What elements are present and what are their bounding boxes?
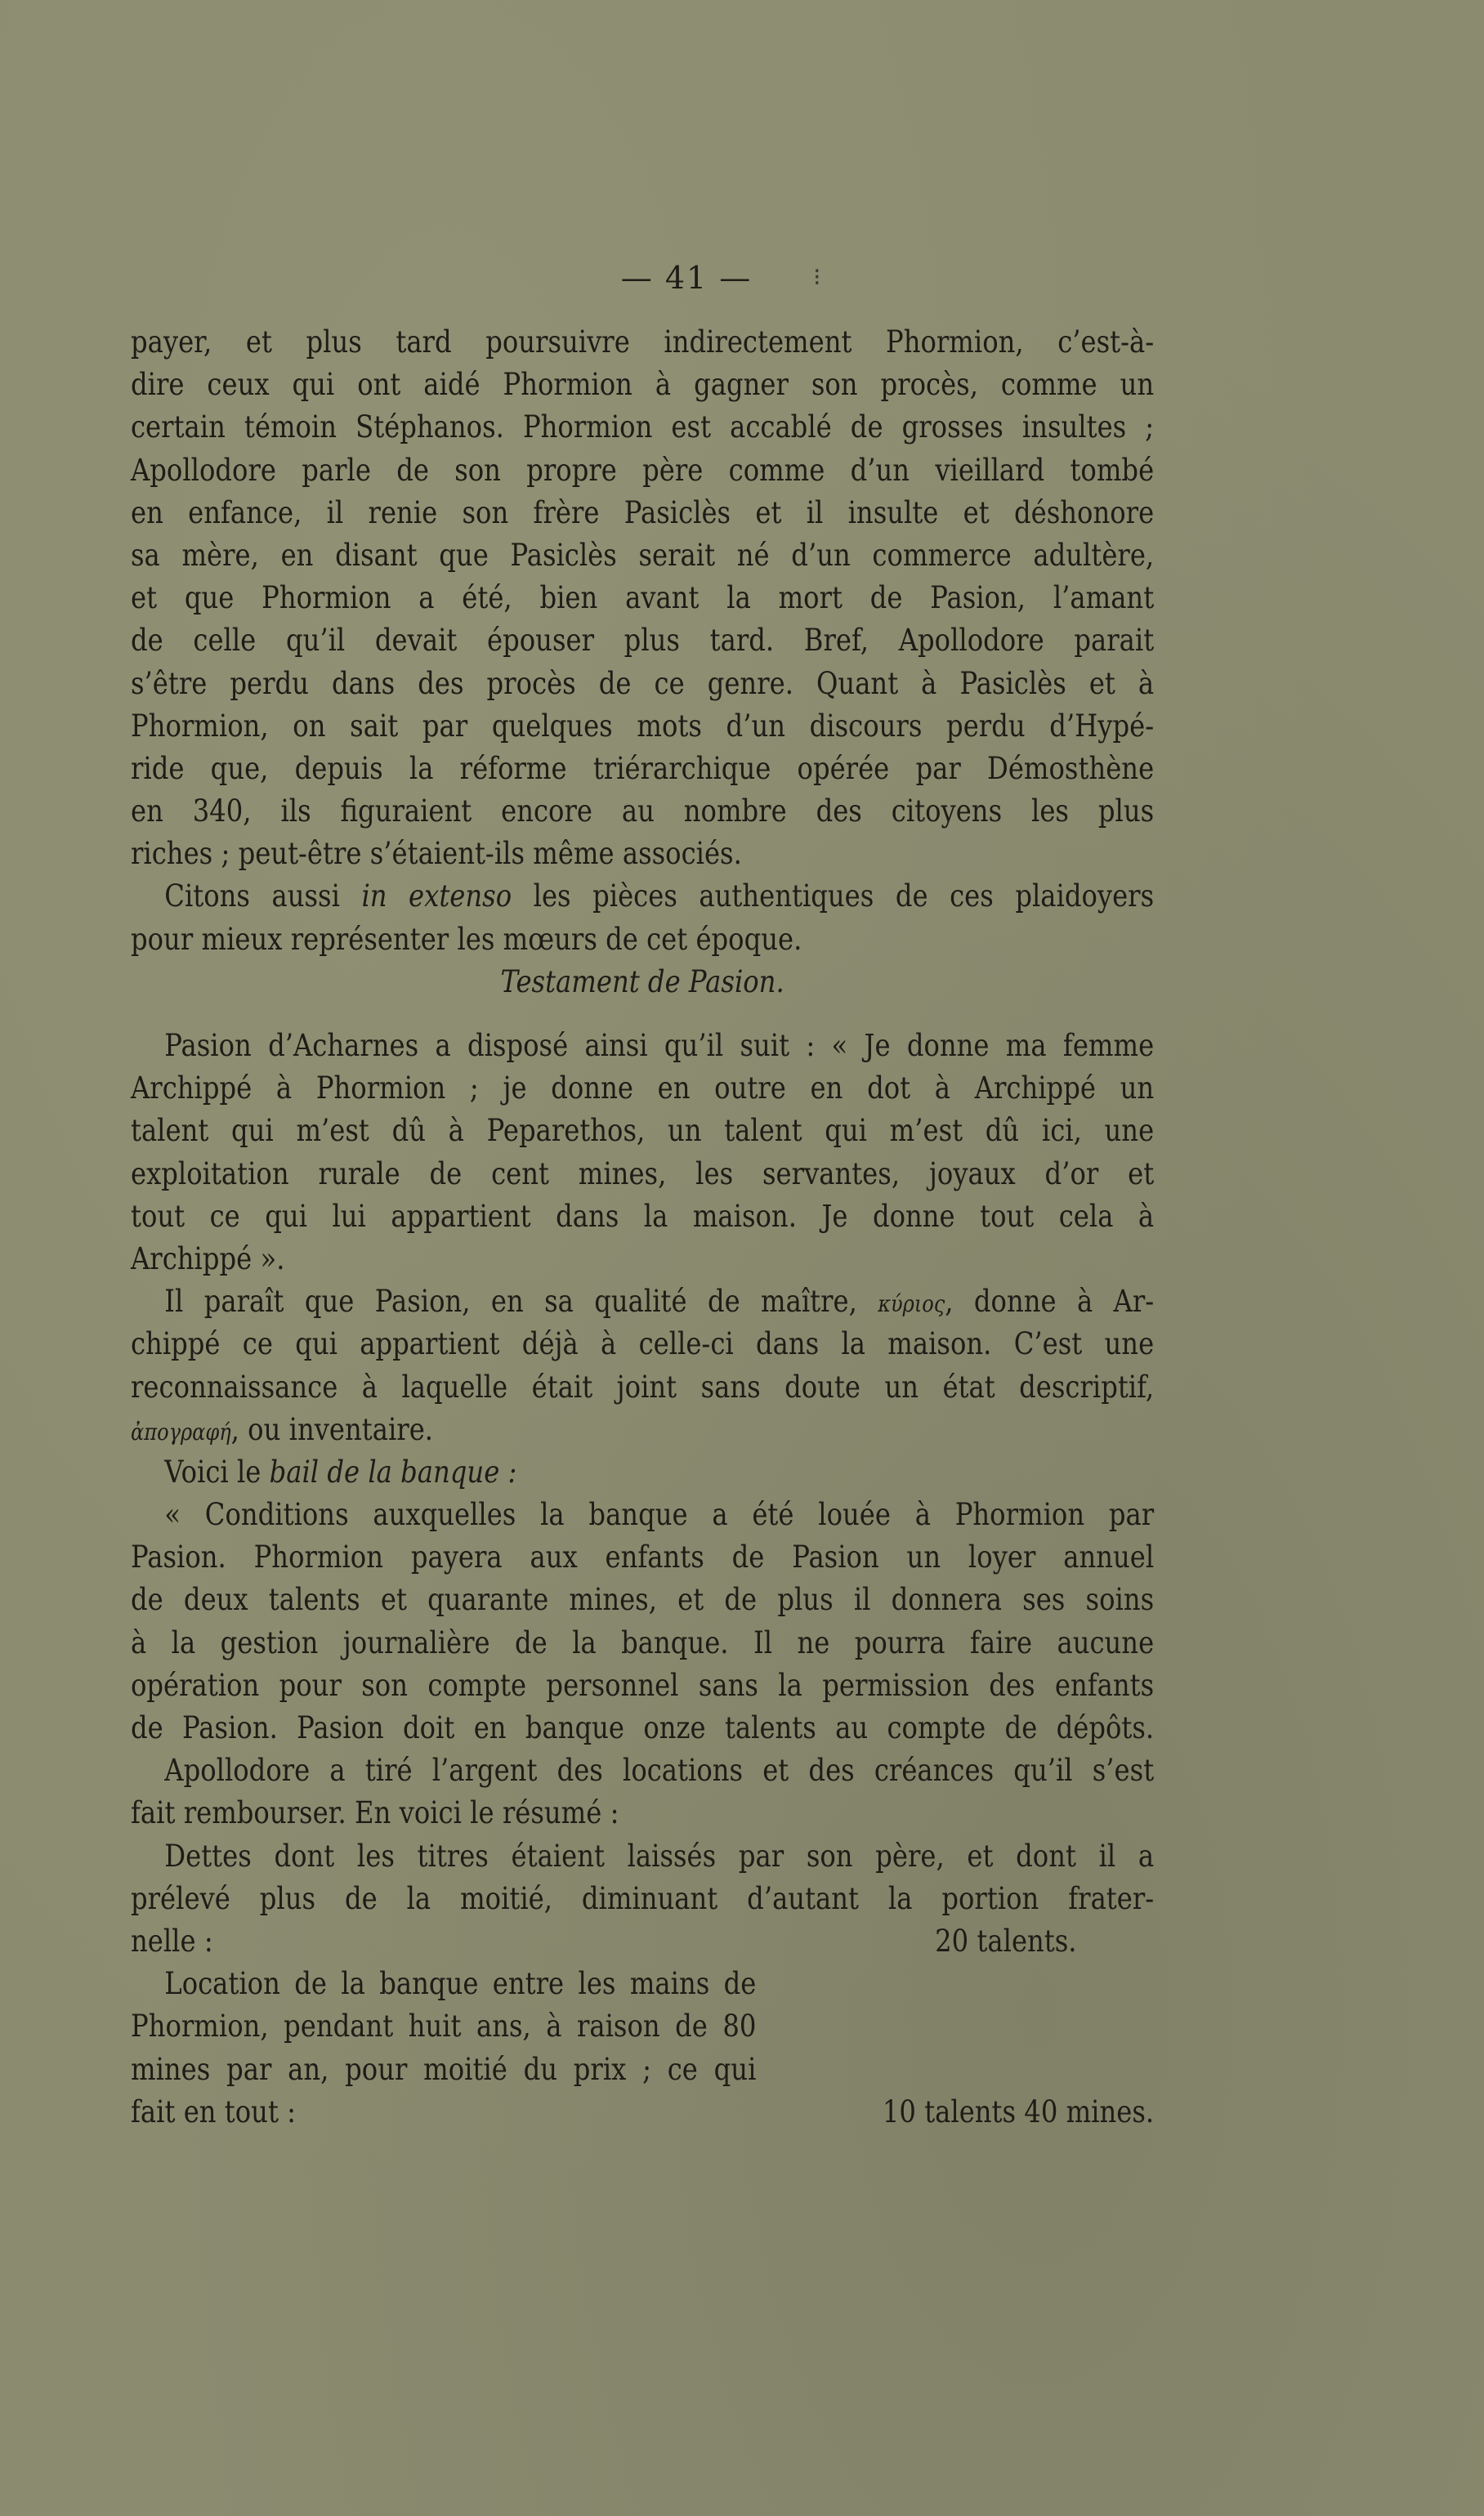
greek-word: κύριος bbox=[878, 1290, 945, 1317]
text-line: à la gestion journalière de la banque. I… bbox=[131, 1621, 1154, 1664]
text-run: les pièces authentiques de ces plaidoyer… bbox=[512, 878, 1154, 914]
text-line: Pasion d’Acharnes a disposé ainsi qu’il … bbox=[131, 1024, 1154, 1066]
ledger-label: nelle : bbox=[131, 1919, 213, 1962]
text-run: , ou inventaire. bbox=[231, 1411, 433, 1447]
margin-mark-icon: ⁝ bbox=[813, 263, 821, 292]
text-line: Apollodore parle de son propre père comm… bbox=[131, 449, 1154, 491]
text-line: Pasion. Phormion payera aux enfants de P… bbox=[131, 1535, 1154, 1578]
text-line: Archippé à Phormion ; je donne en outre … bbox=[131, 1066, 1154, 1109]
italic-phrase: in extenso bbox=[361, 878, 512, 914]
text-line: Dettes dont les titres étaient laissés p… bbox=[131, 1834, 1154, 1877]
text-line: en enfance, il renie son frère Pasiclès … bbox=[131, 491, 1154, 534]
text-line: et que Phormion a été, bien avant la mor… bbox=[131, 576, 1154, 619]
text-line: mines par an, pour moitié du prix ; ce q… bbox=[131, 2048, 756, 2090]
text-line: tout ce qui lui appartient dans la maiso… bbox=[131, 1195, 1154, 1237]
text-line: Phormion, pendant huit ans, à raison de … bbox=[131, 2004, 756, 2047]
text-line: exploitation rurale de cent mines, les s… bbox=[131, 1152, 1154, 1195]
text-run: Citons aussi bbox=[164, 878, 361, 914]
ledger-amount: 10 talents 40 mines. bbox=[883, 2090, 1154, 2133]
page-number: — 41 — bbox=[588, 260, 784, 296]
text-line: Citons aussi in extenso les pièces authe… bbox=[131, 874, 1154, 917]
text-line: Il paraît que Pasion, en sa qualité de m… bbox=[131, 1280, 1154, 1322]
ledger-label: fait en tout : bbox=[131, 2090, 296, 2133]
text-line: Apollodore a tiré l’argent des locations… bbox=[131, 1749, 1154, 1791]
text-line: prélevé plus de la moitié, diminuant d’a… bbox=[131, 1877, 1154, 1919]
ledger-amount: 20 talents. bbox=[935, 1919, 1076, 1962]
text-line: dire ceux qui ont aidé Phormion à gagner… bbox=[131, 363, 1154, 405]
text-line: ἀπογραφή, ou inventaire. bbox=[131, 1408, 1154, 1450]
body-text: payer, et plus tard poursuivre indirecte… bbox=[131, 320, 1154, 2133]
text-line: « Conditions auxquelles la banque a été … bbox=[131, 1493, 1154, 1535]
text-run: Voici le bbox=[164, 1454, 269, 1490]
greek-word: ἀπογραφή bbox=[131, 1419, 231, 1446]
text-line: opération pour son compte personnel sans… bbox=[131, 1664, 1154, 1706]
text-line: fait rembourser. En voici le résumé : bbox=[131, 1791, 1154, 1834]
italic-phrase: bail de la banque : bbox=[270, 1454, 517, 1490]
text-line: Voici le bail de la banque : bbox=[131, 1450, 1154, 1493]
spacer bbox=[131, 1003, 1154, 1024]
text-line: s’être perdu dans des procès de ce genre… bbox=[131, 662, 1154, 704]
text-line: Phormion, on sait par quelques mots d’un… bbox=[131, 704, 1154, 747]
ledger-description: Location de la banque entre les mains de… bbox=[131, 1962, 756, 2090]
text-line: reconnaissance à laquelle était joint sa… bbox=[131, 1365, 1154, 1408]
section-title: Testament de Pasion. bbox=[131, 960, 1154, 1003]
text-line: Location de la banque entre les mains de bbox=[131, 1962, 756, 2004]
text-line: de celle qu’il devait épouser plus tard.… bbox=[131, 619, 1154, 661]
ledger-row: fait en tout : 10 talents 40 mines. bbox=[131, 2090, 1154, 2133]
text-line: certain témoin Stéphanos. Phormion est a… bbox=[131, 405, 1154, 448]
book-page: — 41 — ⁝ payer, et plus tard poursuivre … bbox=[0, 0, 1484, 2516]
text-line: en 340, ils figuraient encore au nombre … bbox=[131, 789, 1154, 832]
text-line: riches ; peut-être s’étaient-ils même as… bbox=[131, 832, 1154, 874]
text-line: ride que, depuis la réforme triérarchiqu… bbox=[131, 747, 1154, 789]
text-line: talent qui m’est dû à Peparethos, un tal… bbox=[131, 1109, 1154, 1151]
text-line: chippé ce qui appartient déjà à celle-ci… bbox=[131, 1322, 1154, 1365]
text-line: pour mieux représenter les mœurs de cet … bbox=[131, 918, 1154, 960]
text-line: de Pasion. Pasion doit en banque onze ta… bbox=[131, 1706, 1154, 1749]
text-line: de deux talents et quarante mines, et de… bbox=[131, 1578, 1154, 1620]
text-line: payer, et plus tard poursuivre indirecte… bbox=[131, 320, 1154, 363]
text-line: sa mère, en disant que Pasiclès serait n… bbox=[131, 534, 1154, 576]
text-run: , donne à Ar- bbox=[945, 1283, 1154, 1319]
text-line: Archippé ». bbox=[131, 1237, 1154, 1280]
ledger-row: nelle : 20 talents. bbox=[131, 1919, 1154, 1962]
text-run: Il paraît que Pasion, en sa qualité de m… bbox=[164, 1283, 878, 1319]
